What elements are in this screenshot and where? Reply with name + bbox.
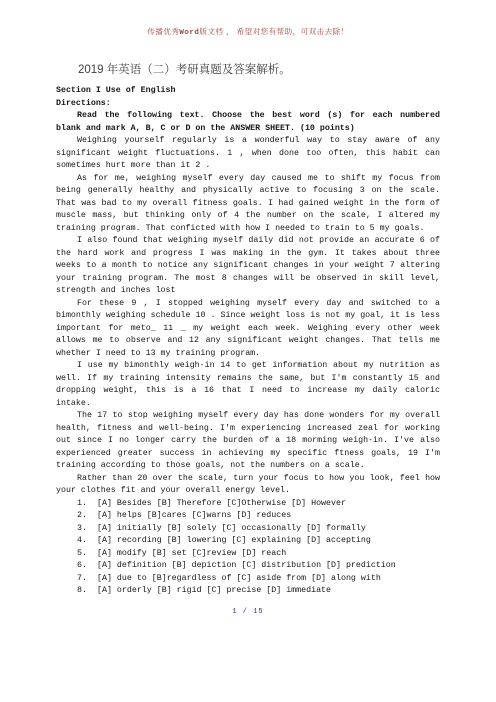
question-row-2: 2.[A] helps [B]cares [C]warns [D] reduce… [77,510,440,523]
question-number: 5. [77,548,89,561]
question-number: 4. [77,535,89,548]
question-number: 1. [77,498,89,511]
question-number: 6. [77,560,89,573]
question-row-1: 1.[A] Besides [B] Therefore [C]Otherwise… [77,498,440,511]
question-row-6: 6.[A] definition [B] depiction [C] distr… [77,560,440,573]
directions-text: Read the following text. Choose the best… [56,110,440,135]
question-row-8: 8.[A] orderly [B] rigid [C] precise [D] … [77,585,440,598]
body-paragraph-6: The 17 to stop weighing myself every day… [56,410,440,473]
question-options: [A] initially [B] solely [C] occasionall… [97,524,366,533]
document-body: Section I Use of English Directions: Rea… [0,85,496,598]
question-options: [A] due to [B]regardless of [C] aside fr… [97,574,381,583]
question-options: [A] orderly [B] rigid [C] precise [D] im… [97,586,331,595]
question-options: [A] definition [B] depiction [C] distrib… [97,561,396,570]
directions-label: Directions: [56,98,440,111]
body-paragraph-5: I use my bimonthly weigh-in 14 to get in… [56,360,440,410]
body-paragraph-2: As for me, weighing myself every day cau… [56,173,440,236]
question-row-4: 4.[A] recording [B] lowering [C] explain… [77,535,440,548]
question-number: 2. [77,510,89,523]
question-number: 3. [77,523,89,536]
question-options: [A] helps [B]cares [C]warns [D] reduces [97,511,291,520]
body-paragraph-3: I also found that weighing myself daily … [56,235,440,298]
question-row-5: 5.[A] modify [B] set [C]review [D] reach [77,548,440,561]
body-paragraph-1: Weighing yourself regularly is a wonderf… [56,135,440,173]
question-number: 7. [77,573,89,586]
watermark-notice[interactable]: 传播优秀Word版文档 ， 希望对您有帮助，可双击去除！ [0,0,496,38]
question-row-7: 7.[A] due to [B]regardless of [C] aside … [77,573,440,586]
page-title: 2019 年英语（二）考研真题及答案解析。 [78,63,440,78]
question-options: [A] recording [B] lowering [C] explainin… [97,536,371,545]
document-page: 传播优秀Word版文档 ， 希望对您有帮助，可双击去除！ 2019 年英语（二）… [0,0,496,702]
watermark-brand: Word [179,29,199,37]
page-number-indicator: 1 / 15 [0,608,496,617]
section-heading: Section I Use of English [56,85,440,98]
question-list: 1.[A] Besides [B] Therefore [C]Otherwise… [56,498,440,598]
watermark-suffix: 版文档 ， 希望对您有帮助，可双击去除！ [199,27,348,36]
watermark-prefix: 传播优秀 [147,27,179,36]
question-number: 8. [77,585,89,598]
question-options: [A] modify [B] set [C]review [D] reach [97,549,286,558]
question-row-3: 3.[A] initially [B] solely [C] occasiona… [77,523,440,536]
question-options: [A] Besides [B] Therefore [C]Otherwise [… [97,499,346,508]
body-paragraph-7: Rather than 20 over the scale, turn your… [56,473,440,498]
body-paragraph-4: For these 9 , I stopped weighing myself … [56,298,440,361]
